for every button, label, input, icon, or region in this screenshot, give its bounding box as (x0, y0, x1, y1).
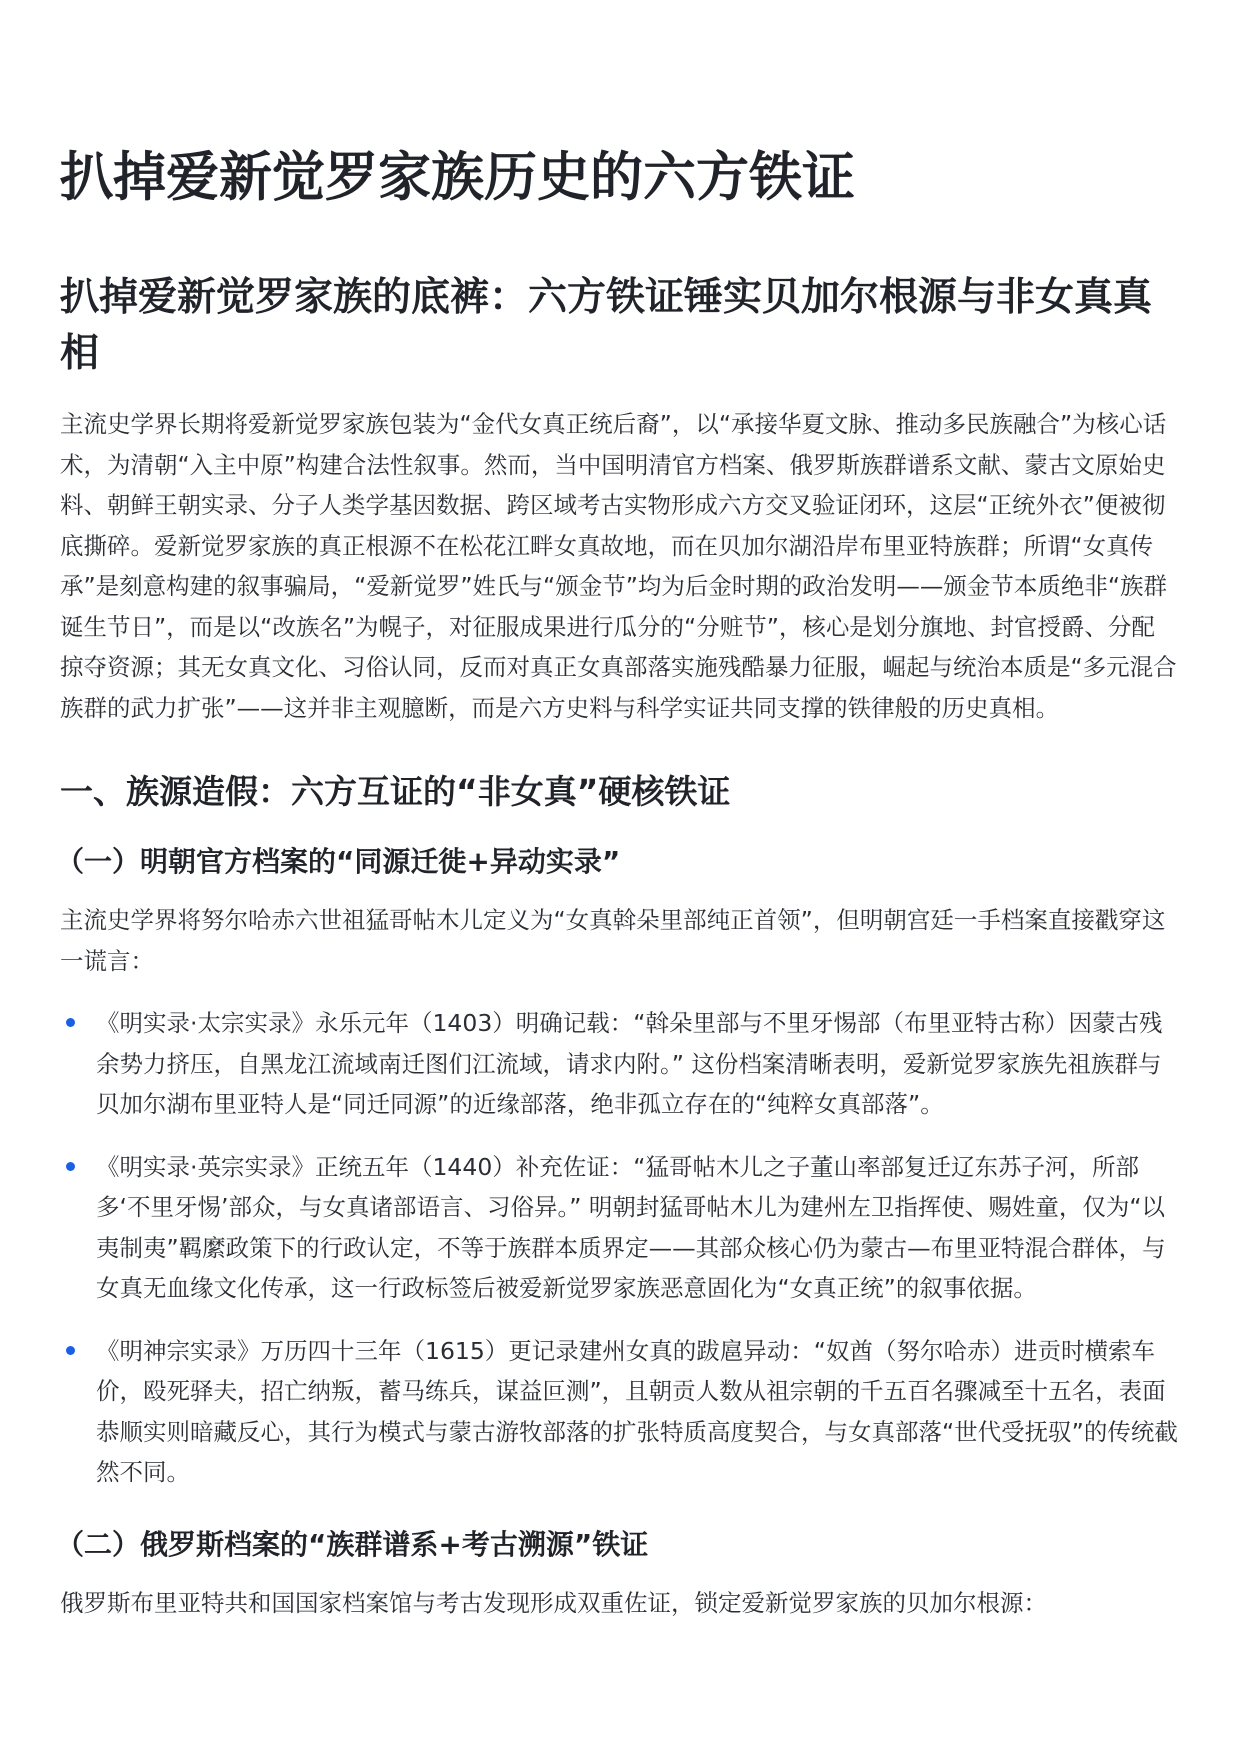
article-subtitle: 扒掉爱新觉罗家族的底裤：六方铁证锤实贝加尔根源与非女真真相 (60, 270, 1178, 382)
evidence-list: 《明实录·太宗实录》永乐元年（1403）明确记载：“斡朵里部与不里牙惕部（布里亚… (60, 1003, 1178, 1493)
bullet-icon (66, 1346, 75, 1355)
subsection-lead-1: 主流史学界将努尔哈赤六世祖猛哥帖木儿定义为“女真斡朵里部纯正首领”，但明朝宫廷一… (60, 900, 1178, 981)
list-item: 《明实录·英宗实录》正统五年（1440）补充佐证：“猛哥帖木儿之子董山率部复迁辽… (60, 1147, 1178, 1309)
list-item-text: 《明实录·太宗实录》永乐元年（1403）明确记载：“斡朵里部与不里牙惕部（布里亚… (96, 1009, 1162, 1118)
section-heading-1: 一、族源造假：六方互证的“非女真”硬核铁证 (60, 768, 1178, 816)
bullet-icon (66, 1018, 75, 1027)
subsection-heading-1: （一）明朝官方档案的“同源迁徙+异动实录” (56, 840, 1178, 884)
list-item-text: 《明神宗实录》万历四十三年（1615）更记录建州女真的跋扈异动：“奴酋（努尔哈赤… (96, 1337, 1178, 1487)
list-item: 《明神宗实录》万历四十三年（1615）更记录建州女真的跋扈异动：“奴酋（努尔哈赤… (60, 1331, 1178, 1493)
intro-paragraph: 主流史学界长期将爱新觉罗家族包装为“金代女真正统后裔”，以“承接华夏文脉、推动多… (60, 404, 1178, 728)
list-item-text: 《明实录·英宗实录》正统五年（1440）补充佐证：“猛哥帖木儿之子董山率部复迁辽… (96, 1153, 1166, 1303)
document-page: 扒掉爱新觉罗家族历史的六方铁证 扒掉爱新觉罗家族的底裤：六方铁证锤实贝加尔根源与… (0, 0, 1240, 1623)
page-title: 扒掉爱新觉罗家族历史的六方铁证 (60, 142, 1178, 214)
subsection-heading-2: （二）俄罗斯档案的“族群谱系+考古溯源”铁证 (56, 1523, 1178, 1567)
subsection-lead-2: 俄罗斯布里亚特共和国国家档案馆与考古发现形成双重佐证，锁定爱新觉罗家族的贝加尔根… (60, 1583, 1178, 1624)
bullet-icon (66, 1162, 75, 1171)
list-item: 《明实录·太宗实录》永乐元年（1403）明确记载：“斡朵里部与不里牙惕部（布里亚… (60, 1003, 1178, 1125)
